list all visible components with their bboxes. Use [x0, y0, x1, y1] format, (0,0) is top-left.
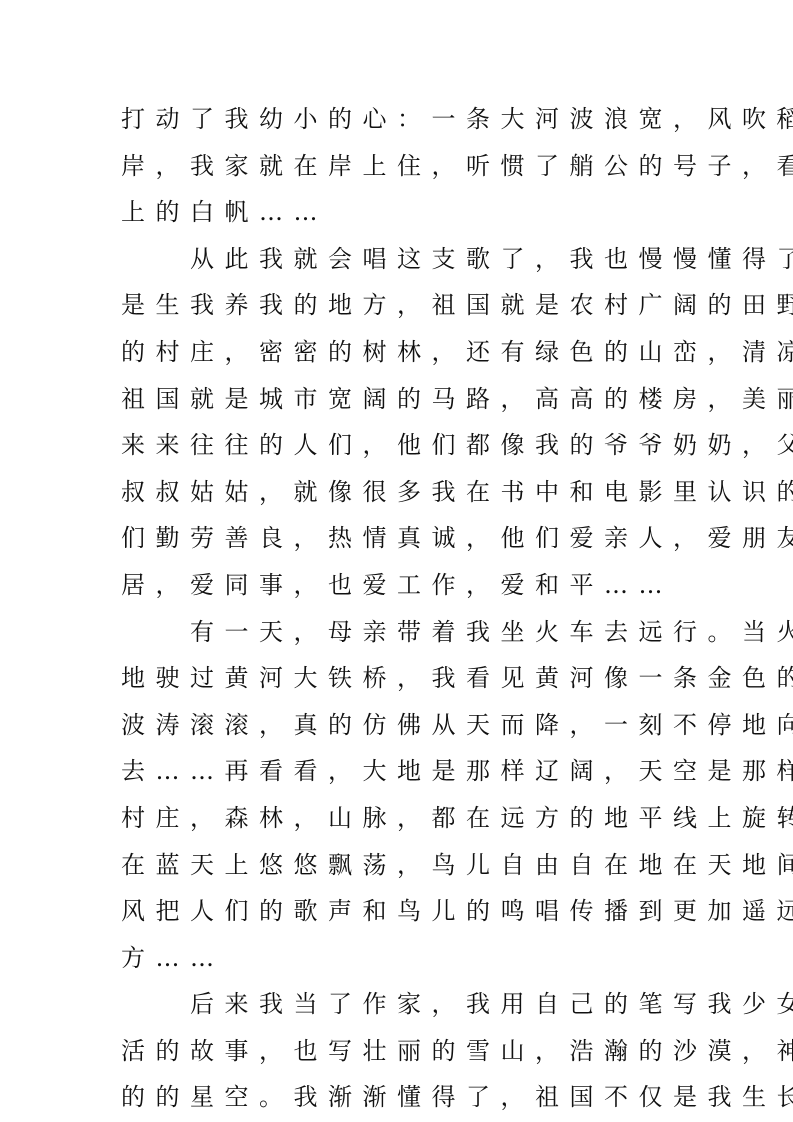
text-line: 来来往往的人们，他们都像我的爷爷奶奶，父亲母亲， — [121, 422, 677, 469]
text-line: 方…… — [121, 935, 677, 982]
text-line: 叔叔姑姑，就像很多我在书中和电影里认识的人。他 — [121, 469, 677, 516]
document-page: 打动了我幼小的心：一条大河波浪宽，风吹稻花香两 岸，我家就在岸上住，听惯了艄公的… — [121, 96, 677, 1121]
text-line: 居，爱同事，也爱工作，爱和平…… — [121, 562, 677, 609]
paragraph-start-line: 从此我就会唱这支歌了，我也慢慢懂得了祖国就 — [121, 236, 677, 283]
text-line: 祖国就是城市宽阔的马路，高高的楼房，美丽的公园， — [121, 376, 677, 423]
text-line: 上的白帆…… — [121, 189, 677, 236]
text-line: 的的星空。我渐渐懂得了，祖国不仅是我生长的土地， — [121, 1074, 677, 1121]
paragraph-start-line: 后来我当了作家，我用自己的笔写我少女时代生 — [121, 981, 677, 1028]
text-line: 的村庄，密密的树林，还有绿色的山峦，清凉的小河。 — [121, 329, 677, 376]
text-line: 们勤劳善良，热情真诚，他们爱亲人，爱朋友，爱邻 — [121, 515, 677, 562]
text-line: 打动了我幼小的心：一条大河波浪宽，风吹稻花香两 — [121, 96, 677, 143]
text-line: 风把人们的歌声和鸟儿的鸣唱传播到更加遥远的地 — [121, 888, 677, 935]
text-line: 波涛滚滚，真的仿佛从天而降，一刻不停地向远方奔 — [121, 702, 677, 749]
text-line: 是生我养我的地方，祖国就是农村广阔的田野，宁静 — [121, 282, 677, 329]
paragraph-start-line: 有一天，母亲带着我坐火车去远行。当火车隆隆 — [121, 609, 677, 656]
text-line: 去……再看看，大地是那样辽阔，天空是那样高远， — [121, 748, 677, 795]
text-line: 活的故事，也写壮丽的雪山，浩瀚的沙漠，神奇缥缈 — [121, 1028, 677, 1075]
text-line: 在蓝天上悠悠飘荡，鸟儿自由自在地在天地间飞翔， — [121, 842, 677, 889]
text-line: 村庄，森林，山脉，都在远方的地平线上旋转。白云 — [121, 795, 677, 842]
text-line: 岸，我家就在岸上住，听惯了艄公的号子，看惯了船 — [121, 143, 677, 190]
text-line: 地驶过黄河大铁桥，我看见黄河像一条金色的巨龙， — [121, 655, 677, 702]
